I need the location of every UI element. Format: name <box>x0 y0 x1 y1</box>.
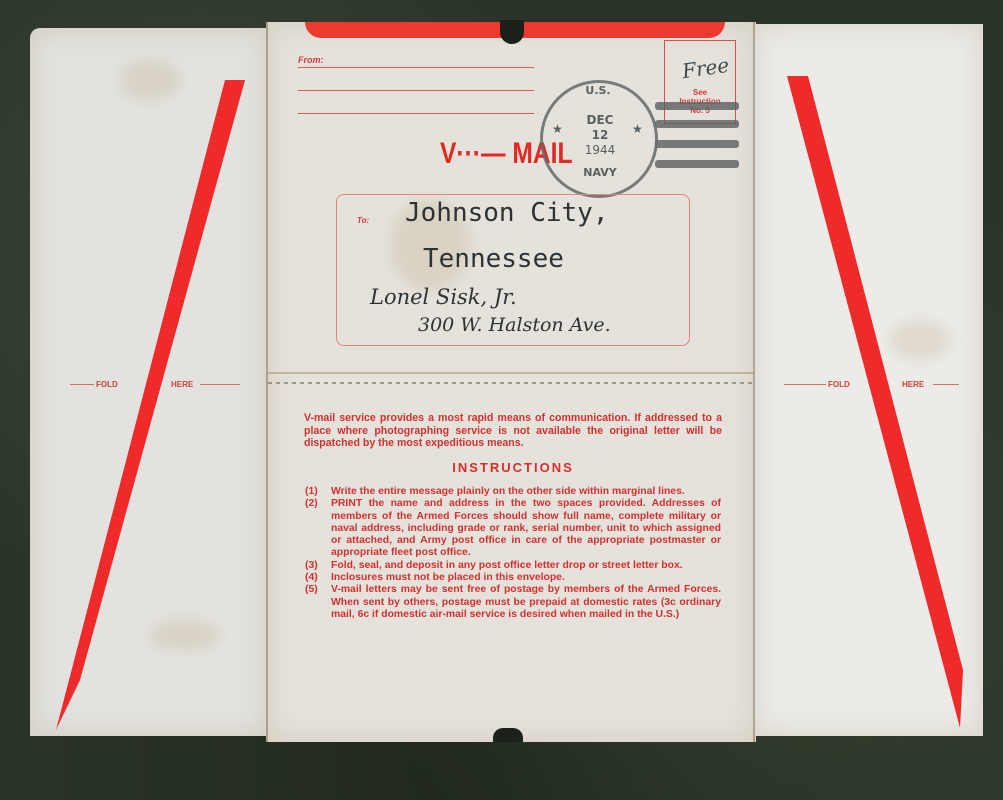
from-line <box>298 90 534 91</box>
instruction-number: (3) <box>305 560 331 572</box>
fold-label: FOLD <box>828 380 850 389</box>
stamp-line: See <box>670 88 730 97</box>
cancellation-bar <box>655 102 739 110</box>
postmark-bottom: NAVY <box>574 166 626 179</box>
envelope-tear <box>500 20 524 44</box>
fold-dash <box>200 384 240 385</box>
postmark-month: DEC <box>578 113 622 127</box>
instruction-text: Inclosures must not be placed in this en… <box>331 572 721 584</box>
instruction-item: (4) Inclosures must not be placed in thi… <box>305 572 721 584</box>
star-icon: ★ <box>632 122 643 136</box>
instruction-item: (2) PRINT the name and address in the tw… <box>305 498 721 559</box>
fold-dash <box>70 384 94 385</box>
instruction-text: Write the entire message plainly on the … <box>331 486 721 498</box>
instruction-number: (2) <box>305 498 331 559</box>
instruction-number: (4) <box>305 572 331 584</box>
instructions-title: INSTRUCTIONS <box>304 460 722 475</box>
envelope-tear-bottom <box>493 728 523 742</box>
cancellation-bar <box>655 120 739 128</box>
address-name: Lonel Sisk, Jr. <box>370 285 517 309</box>
address-city: Johnson City, <box>405 198 609 228</box>
instruction-item: (5) V-mail letters may be sent free of p… <box>305 584 721 621</box>
info-paragraph: V-mail service provides a most rapid mea… <box>304 412 722 450</box>
from-label: From: <box>298 55 324 65</box>
instruction-text: Fold, seal, and deposit in any post offi… <box>331 560 721 572</box>
instruction-number: (5) <box>305 584 331 621</box>
fold-dash <box>784 384 826 385</box>
postmark-day: 12 <box>578 128 622 142</box>
fold-dash <box>933 384 959 385</box>
here-label: HERE <box>902 380 924 389</box>
instruction-text: PRINT the name and address in the two sp… <box>331 498 721 559</box>
instruction-item: (3) Fold, seal, and deposit in any post … <box>305 560 721 572</box>
here-label: HERE <box>171 380 193 389</box>
cancellation-bar <box>655 160 739 168</box>
postmark-year: 1944 <box>578 143 622 157</box>
instruction-number: (1) <box>305 486 331 498</box>
postmark-top: U.S. <box>578 84 618 97</box>
address-state: Tennessee <box>423 244 564 274</box>
diagonal-stripes <box>0 0 1003 800</box>
cancellation-bar <box>655 140 739 148</box>
instruction-item: (1) Write the entire message plainly on … <box>305 486 721 498</box>
from-line <box>298 113 534 114</box>
to-label: To: <box>357 216 369 225</box>
fold-label: FOLD <box>96 380 118 389</box>
instruction-text: V-mail letters may be sent free of posta… <box>331 584 721 621</box>
from-line <box>298 67 534 68</box>
address-street: 300 W. Halston Ave. <box>418 314 611 336</box>
star-icon: ★ <box>552 122 563 136</box>
instructions-list: (1) Write the entire message plainly on … <box>305 486 721 621</box>
